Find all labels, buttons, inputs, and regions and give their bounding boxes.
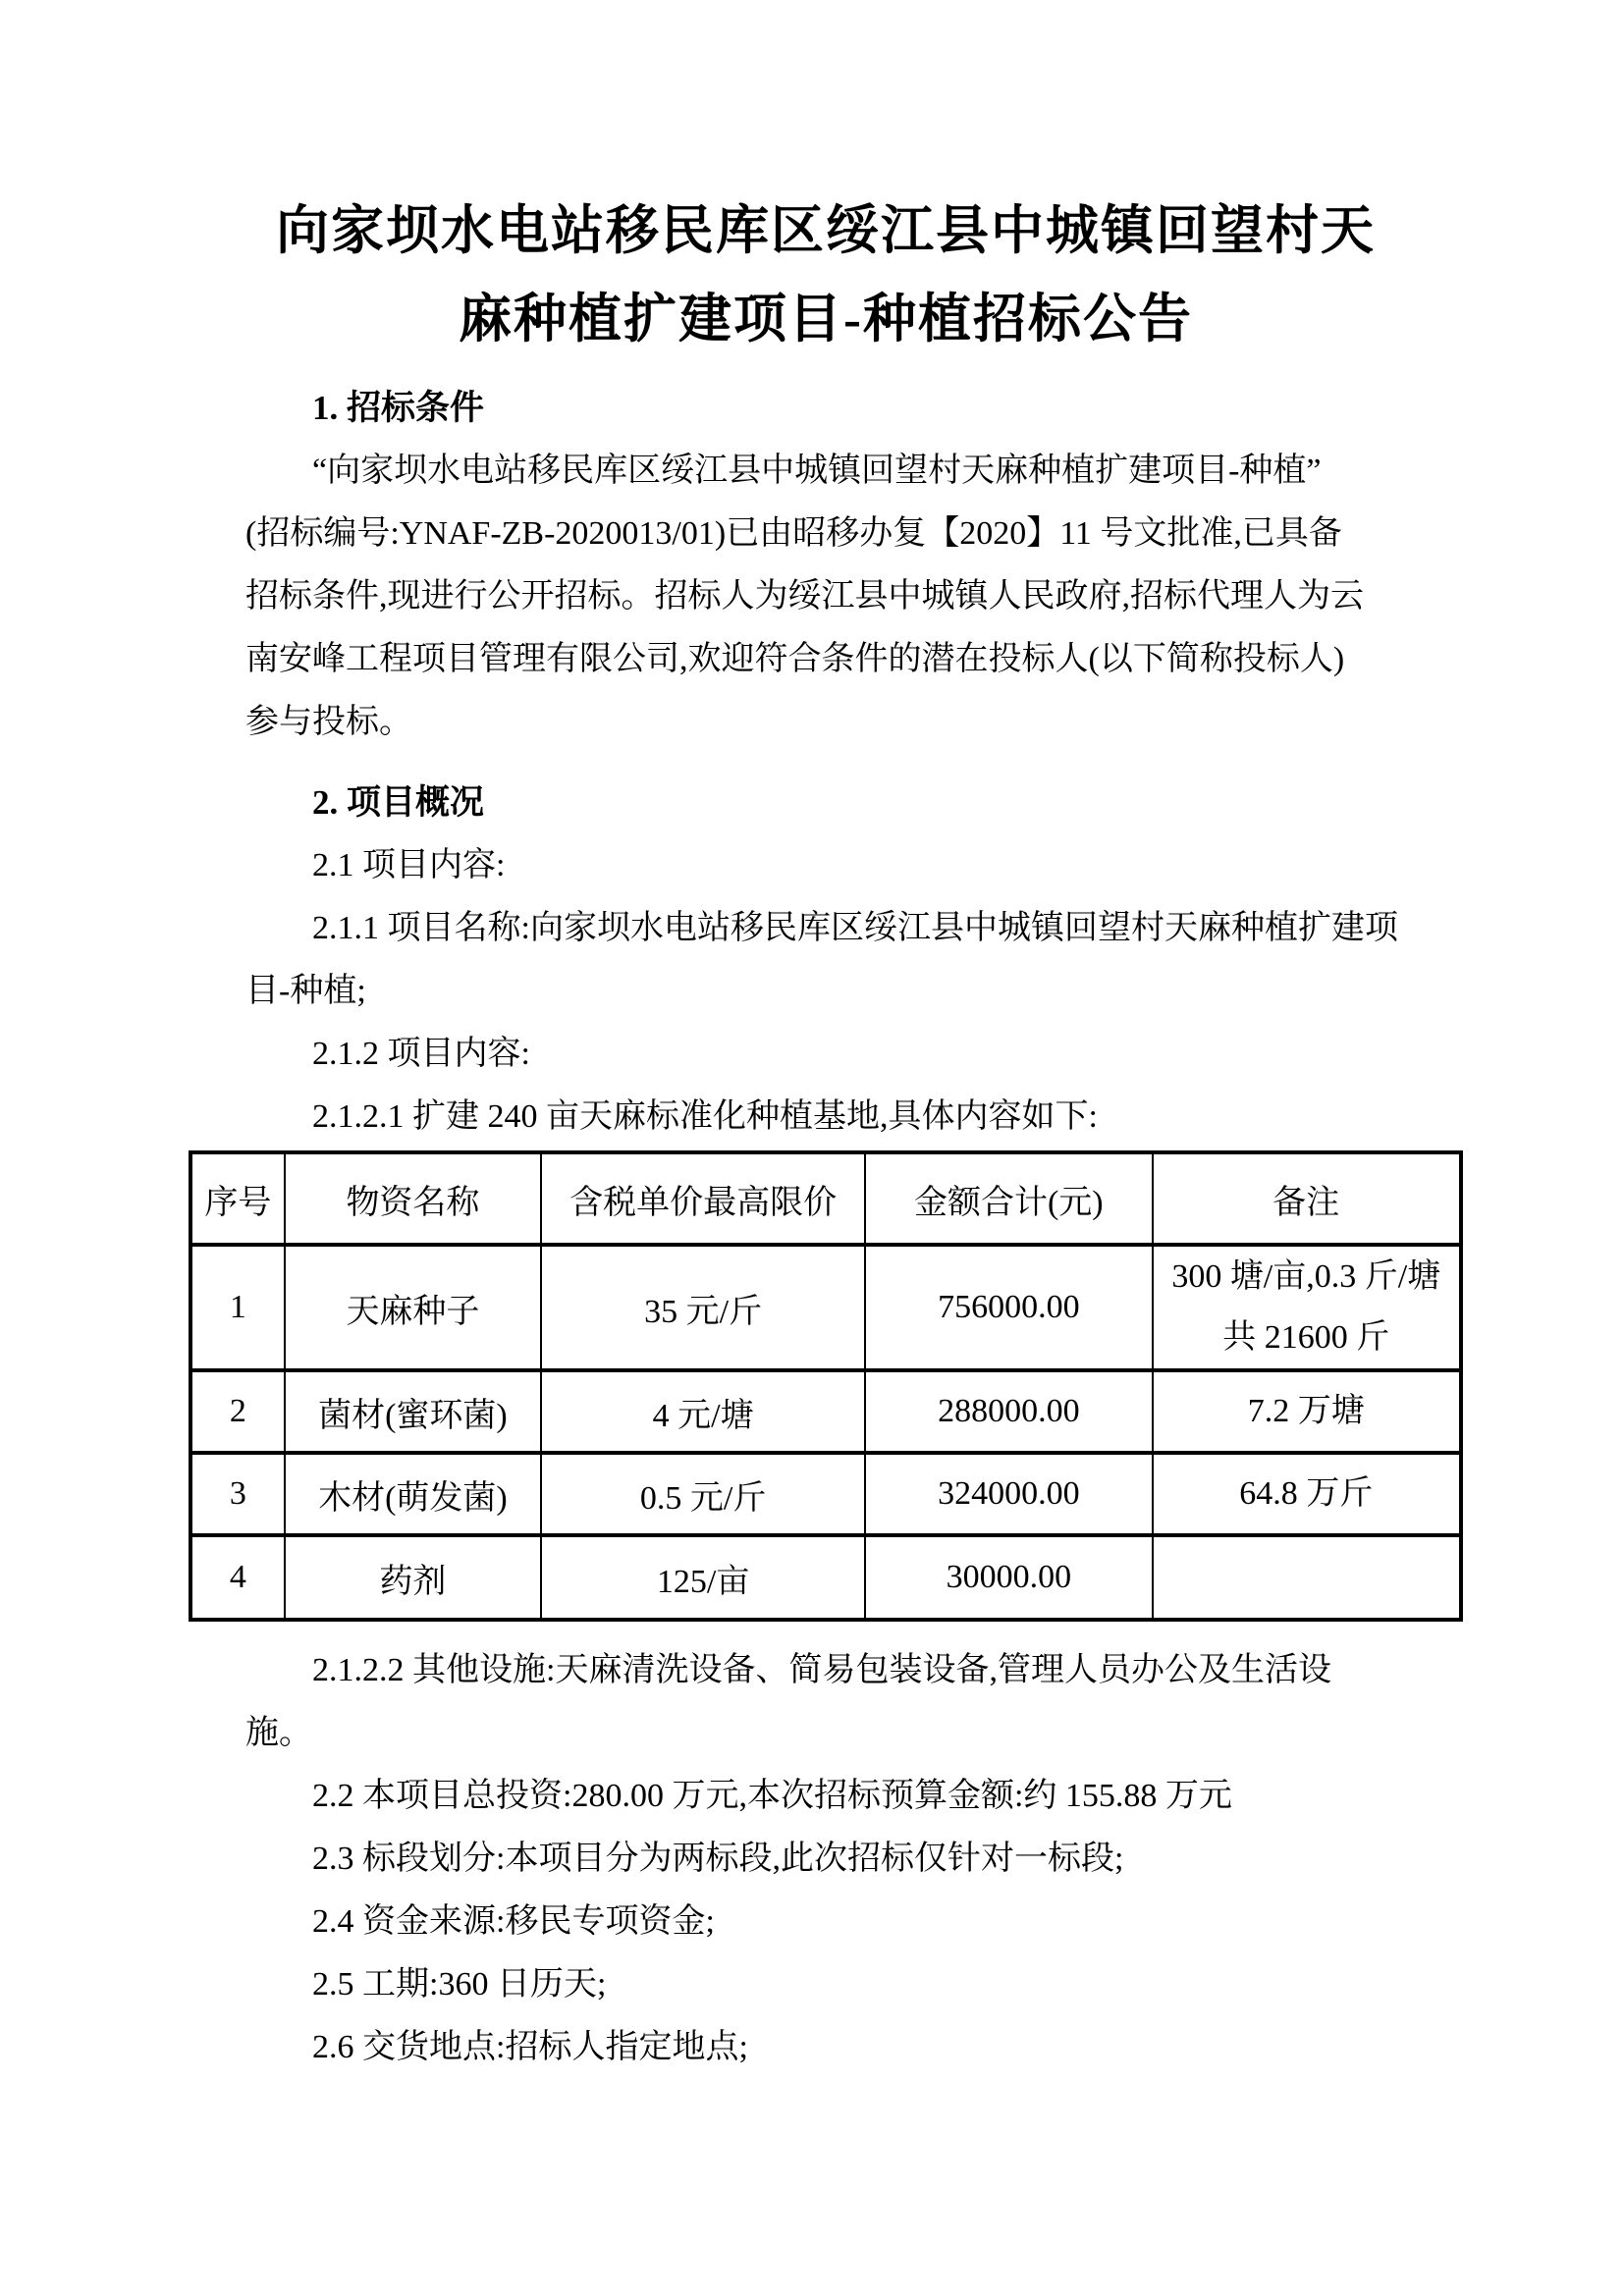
cell-unit-price: 0.5 元/斤	[541, 1453, 865, 1535]
document-title: 向家坝水电站移民库区绥江县中城镇回望村天 麻种植扩建项目-种植招标公告	[189, 187, 1463, 363]
table-row: 4 药剂 125/亩 30000.00	[190, 1535, 1461, 1620]
cell-material-name: 菌材(蜜环菌)	[285, 1370, 541, 1453]
item-2-1-2-2-line-1: 2.1.2.2 其他设施:天麻清洗设备、简易包装设备,管理人员办公及生活设	[245, 1639, 1463, 1702]
document-title-line-1: 向家坝水电站移民库区绥江县中城镇回望村天	[189, 187, 1463, 275]
cell-note: 300 塘/亩,0.3 斤/塘 共 21600 斤	[1153, 1245, 1461, 1370]
table-header-seq: 序号	[190, 1152, 285, 1245]
item-2-1-2-1: 2.1.2.1 扩建 240 亩天麻标准化种植基地,具体内容如下:	[245, 1086, 1463, 1148]
section2-heading: 2. 项目概况	[245, 772, 1463, 834]
cell-amount: 288000.00	[865, 1370, 1152, 1453]
document-page: 向家坝水电站移民库区绥江县中城镇回望村天 麻种植扩建项目-种植招标公告 1. 招…	[0, 0, 1624, 2296]
cell-amount: 324000.00	[865, 1453, 1152, 1535]
note-line: 共 21600 斤	[1154, 1308, 1459, 1368]
cell-seq: 3	[190, 1453, 285, 1535]
cell-material-name: 木材(萌发菌)	[285, 1453, 541, 1535]
cell-seq: 2	[190, 1370, 285, 1453]
item-2-1-2: 2.1.2 项目内容:	[245, 1023, 1463, 1086]
table-header-material-name: 物资名称	[285, 1152, 541, 1245]
document-title-line-2: 麻种植扩建项目-种植招标公告	[189, 275, 1463, 363]
item-2-1: 2.1 项目内容:	[245, 834, 1463, 897]
table-header-note: 备注	[1153, 1152, 1461, 1245]
cell-material-name: 药剂	[285, 1535, 541, 1620]
cell-note	[1153, 1535, 1461, 1620]
note-line: 64.8 万斤	[1154, 1464, 1459, 1524]
item-2-4: 2.4 资金来源:移民专项资金;	[245, 1891, 1463, 1953]
paragraph-line: 参与投标。	[245, 691, 1463, 754]
item-2-1-2-2-line-2: 施。	[245, 1702, 1463, 1765]
cell-unit-price: 4 元/塘	[541, 1370, 865, 1453]
paragraph-line: “向家坝水电站移民库区绥江县中城镇回望村天麻种植扩建项目-种植”	[245, 440, 1463, 503]
paragraph-line: 招标条件,现进行公开招标。招标人为绥江县中城镇人民政府,招标代理人为云	[245, 565, 1463, 628]
cell-note: 7.2 万塘	[1153, 1370, 1461, 1453]
table-header-row: 序号 物资名称 含税单价最高限价 金额合计(元) 备注	[190, 1152, 1461, 1245]
cell-amount: 30000.00	[865, 1535, 1152, 1620]
section1-heading: 1. 招标条件	[245, 377, 1463, 440]
table-row: 1 天麻种子 35 元/斤 756000.00 300 塘/亩,0.3 斤/塘 …	[190, 1245, 1461, 1370]
table-row: 3 木材(萌发菌) 0.5 元/斤 324000.00 64.8 万斤	[190, 1453, 1461, 1535]
cell-unit-price: 125/亩	[541, 1535, 865, 1620]
note-line: 300 塘/亩,0.3 斤/塘	[1154, 1247, 1459, 1308]
table-header-total-amount: 金额合计(元)	[865, 1152, 1152, 1245]
item-2-1-1-line-1: 2.1.1 项目名称:向家坝水电站移民库区绥江县中城镇回望村天麻种植扩建项	[245, 897, 1463, 960]
item-2-5: 2.5 工期:360 日历天;	[245, 1953, 1463, 2016]
item-2-3: 2.3 标段划分:本项目分为两标段,此次招标仅针对一标段;	[245, 1828, 1463, 1891]
note-line: 7.2 万塘	[1154, 1381, 1459, 1442]
cell-seq: 1	[190, 1245, 285, 1370]
table-header-unit-price-limit: 含税单价最高限价	[541, 1152, 865, 1245]
section1-paragraph: “向家坝水电站移民库区绥江县中城镇回望村天麻种植扩建项目-种植” (招标编号:Y…	[189, 440, 1463, 754]
item-2-1-1-line-2: 目-种植;	[245, 960, 1463, 1023]
materials-table: 序号 物资名称 含税单价最高限价 金额合计(元) 备注 1 天麻种子 35 元/…	[189, 1150, 1463, 1622]
cell-unit-price: 35 元/斤	[541, 1245, 865, 1370]
cell-material-name: 天麻种子	[285, 1245, 541, 1370]
paragraph-line: (招标编号:YNAF-ZB-2020013/01)已由昭移办复【2020】11 …	[245, 503, 1463, 565]
cell-amount: 756000.00	[865, 1245, 1152, 1370]
item-2-2: 2.2 本项目总投资:280.00 万元,本次招标预算金额:约 155.88 万…	[245, 1765, 1463, 1828]
table-row: 2 菌材(蜜环菌) 4 元/塘 288000.00 7.2 万塘	[190, 1370, 1461, 1453]
cell-seq: 4	[190, 1535, 285, 1620]
item-2-6: 2.6 交货地点:招标人指定地点;	[245, 2016, 1463, 2079]
paragraph-line: 南安峰工程项目管理有限公司,欢迎符合条件的潜在投标人(以下简称投标人)	[245, 628, 1463, 691]
cell-note: 64.8 万斤	[1153, 1453, 1461, 1535]
